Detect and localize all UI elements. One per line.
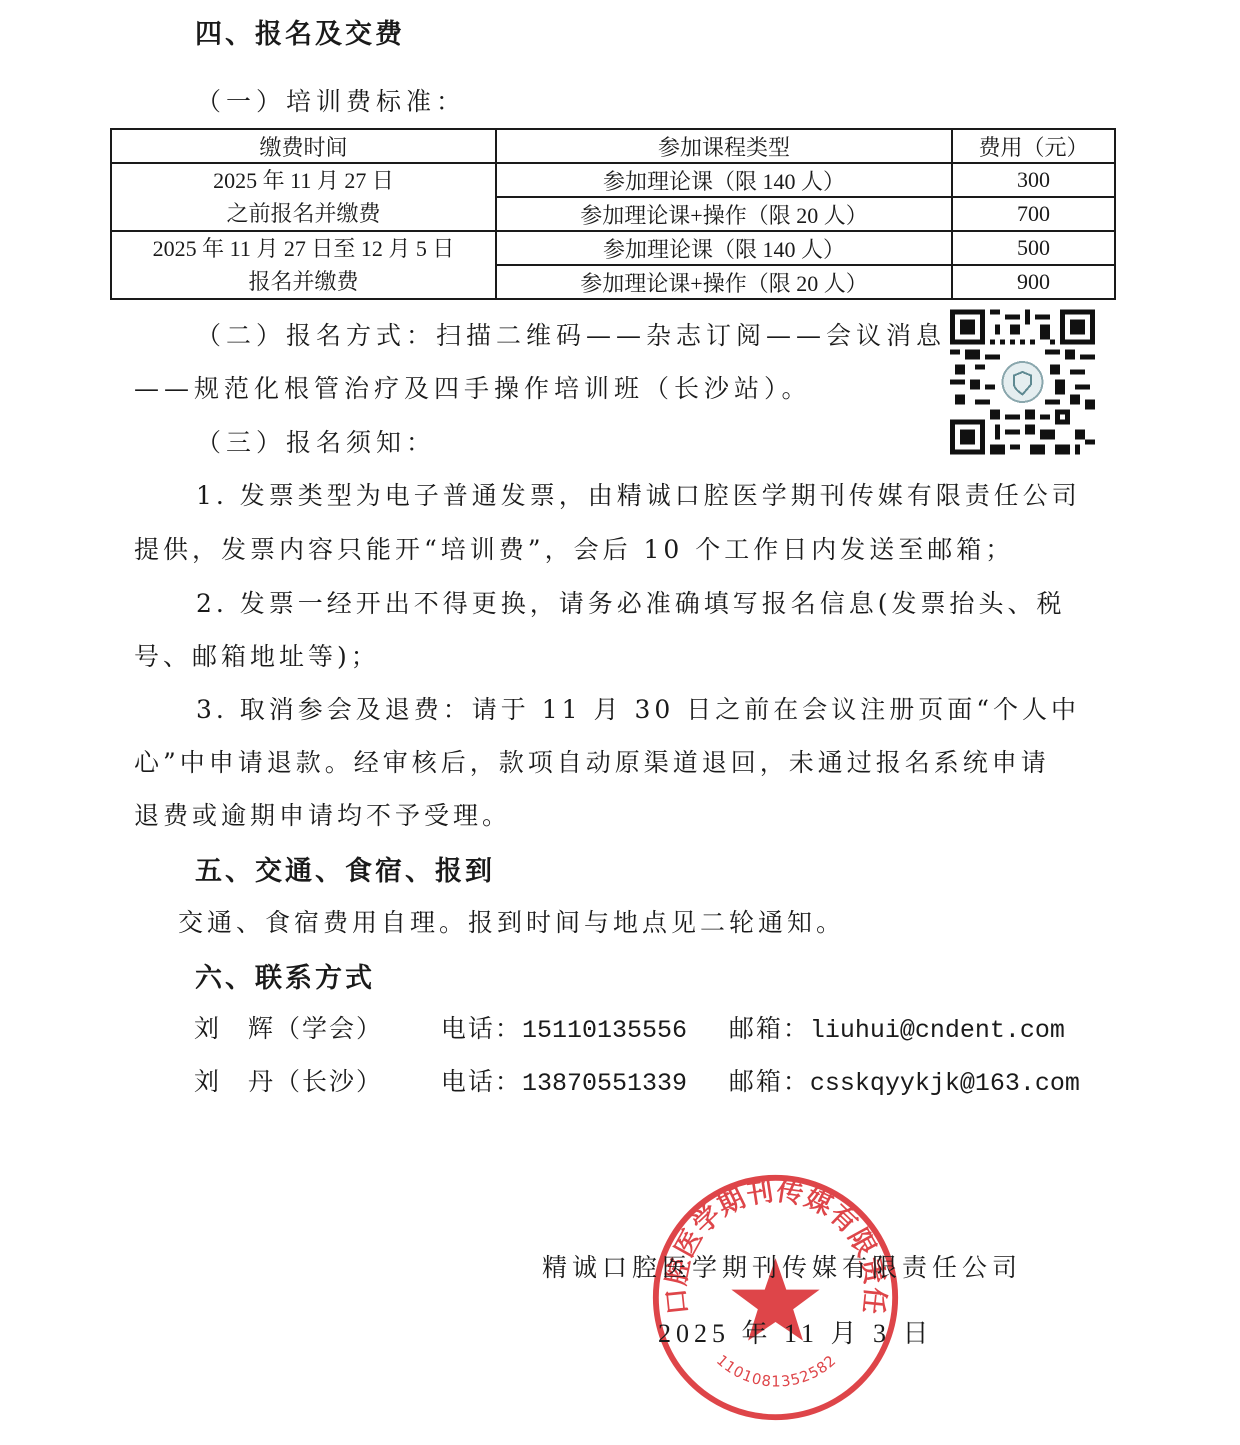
- time-line: 2025 年 11 月 27 日至 12 月 5 日: [112, 232, 495, 265]
- notice-2-line2: 号、邮箱地址等)；: [134, 637, 380, 673]
- course-type-cell: 参加理论课+操作（限 20 人）: [496, 197, 952, 231]
- course-type-cell: 参加理论课（限 140 人）: [496, 231, 952, 265]
- payment-time-early: 2025 年 11 月 27 日 之前报名并缴费: [111, 163, 496, 231]
- fee-cell: 300: [952, 163, 1115, 197]
- contact-row: 刘 丹（长沙） 电话：13870551339 邮箱：csskqyykjk@163…: [194, 1062, 1080, 1098]
- fee-cell: 900: [952, 265, 1115, 299]
- course-type-cell: 参加理论课+操作（限 20 人）: [496, 265, 952, 299]
- email-label: 邮箱：: [729, 1067, 810, 1096]
- notice-3-line3: 退费或逾期申请均不予受理。: [134, 796, 511, 832]
- notice-3-line1: 3. 取消参会及退费：请于 11 月 30 日之前在会议注册页面“个人中: [196, 690, 1080, 726]
- fee-table: 缴费时间 参加课程类型 费用（元） 2025 年 11 月 27 日 之前报名并…: [110, 128, 1116, 300]
- fee-cell: 500: [952, 231, 1115, 265]
- table-row: 2025 年 11 月 27 日 之前报名并缴费 参加理论课（限 140 人） …: [111, 163, 1115, 197]
- course-type-cell: 参加理论课（限 140 人）: [496, 163, 952, 197]
- notice-3-line2: 心”中申请退款。经审核后，款项自动原渠道退回，未通过报名系统申请: [134, 743, 1050, 779]
- section-heading-contact: 六、联系方式: [195, 956, 375, 995]
- phone-label: 电话：: [441, 1067, 522, 1096]
- notice-title: （三）报名须知：: [196, 423, 436, 459]
- contact-name: 刘 辉（学会）: [194, 1014, 383, 1043]
- header-course-type: 参加课程类型: [496, 129, 952, 163]
- contact-phone[interactable]: 13870551339: [522, 1069, 687, 1098]
- notice-2-line1: 2. 发票一经开出不得更换，请务必准确填写报名信息(发票抬头、税: [196, 584, 1066, 620]
- table-row: 2025 年 11 月 27 日至 12 月 5 日 报名并缴费 参加理论课（限…: [111, 231, 1115, 265]
- svg-text:1101081352582: 1101081352582: [713, 1352, 840, 1391]
- notice-1-line2: 提供，发票内容只能开“培训费”，会后 10 个工作日内发送至邮箱；: [134, 530, 1014, 566]
- contact-row: 刘 辉（学会） 电话：15110135556 邮箱：liuhui@cndent.…: [194, 1009, 1065, 1045]
- fee-standard-title: （一）培训费标准：: [196, 82, 466, 118]
- qr-code-icon[interactable]: [950, 308, 1095, 456]
- seal-number: 1101081352582: [713, 1352, 840, 1391]
- transport-body: 交通、食宿费用自理。报到时间与地点见二轮通知。: [178, 903, 845, 939]
- time-line: 之前报名并缴费: [112, 197, 495, 230]
- fee-cell: 700: [952, 197, 1115, 231]
- time-line: 报名并缴费: [112, 265, 495, 298]
- signature-company: 精诚口腔医学期刊传媒有限责任公司: [542, 1248, 1022, 1284]
- official-seal-icon: 精诚口腔医学期刊传媒有限责任公司 1101081352582: [648, 1170, 903, 1425]
- contact-email[interactable]: liuhui@cndent.com: [810, 1016, 1065, 1045]
- email-label: 邮箱：: [729, 1014, 810, 1043]
- contact-phone[interactable]: 15110135556: [522, 1016, 687, 1045]
- section-heading-transport: 五、交通、食宿、报到: [195, 849, 495, 888]
- header-payment-time: 缴费时间: [111, 129, 496, 163]
- notice-1-line1: 1. 发票类型为电子普通发票，由精诚口腔医学期刊传媒有限责任公司: [196, 476, 1081, 512]
- signature-date: 2025 年 11 月 3 日: [658, 1313, 934, 1350]
- contact-email[interactable]: csskqyykjk@163.com: [810, 1069, 1080, 1098]
- registration-method-line1: （二）报名方式：扫描二维码——杂志订阅——会议消息: [196, 316, 946, 352]
- time-line: 2025 年 11 月 27 日: [112, 164, 495, 197]
- registration-method-line2: ——规范化根管治疗及四手操作培训班（长沙站）。: [134, 369, 812, 405]
- fee-table-header-row: 缴费时间 参加课程类型 费用（元）: [111, 129, 1115, 163]
- header-fee: 费用（元）: [952, 129, 1115, 163]
- phone-label: 电话：: [441, 1014, 522, 1043]
- section-heading-registration: 四、报名及交费: [195, 12, 405, 51]
- contact-name: 刘 丹（长沙）: [194, 1067, 383, 1096]
- payment-time-late: 2025 年 11 月 27 日至 12 月 5 日 报名并缴费: [111, 231, 496, 299]
